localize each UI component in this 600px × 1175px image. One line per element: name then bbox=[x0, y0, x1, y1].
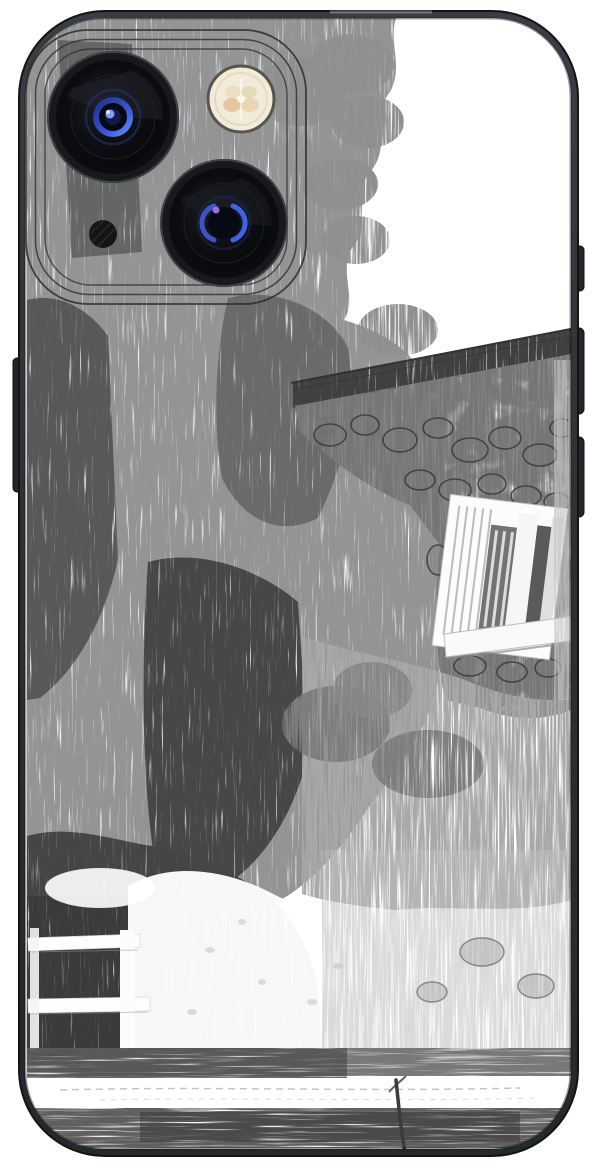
camera-lens-bottom bbox=[160, 159, 288, 287]
camera-lens-top bbox=[47, 51, 179, 183]
phone-mockup bbox=[0, 0, 600, 1175]
product-photo bbox=[0, 0, 600, 1175]
flash-led bbox=[208, 66, 274, 132]
skin-artwork bbox=[25, 18, 577, 1162]
